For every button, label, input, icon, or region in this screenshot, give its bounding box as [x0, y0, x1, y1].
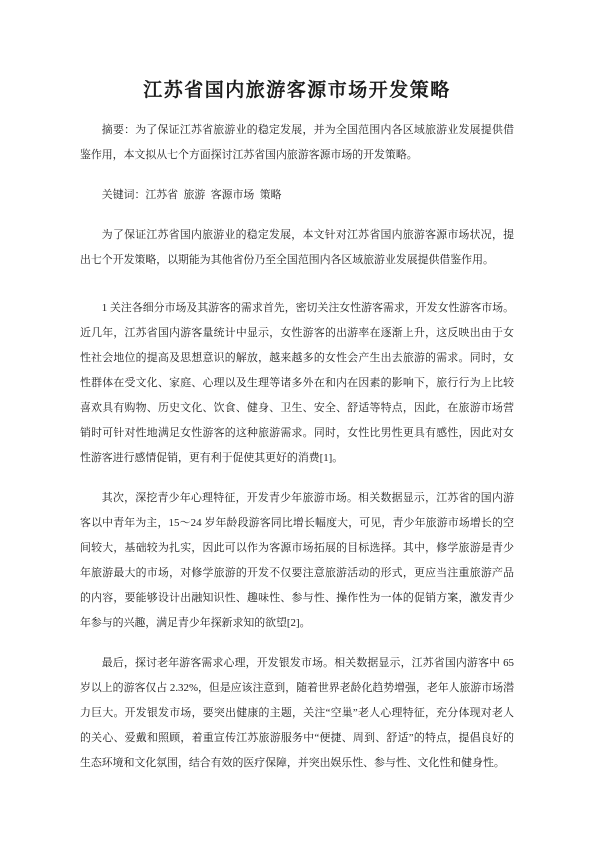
- section1-paragraph-women-market: 1 关注各细分市场及其游客的需求首先，密切关注女性游客需求，开发女性游客市场。近…: [80, 296, 514, 471]
- keywords-line: 关键词：江苏省 旅游 客源市场 策略: [80, 183, 514, 208]
- document-page: 江苏省国内旅游客源市场开发策略 摘要：为了保证江苏省旅游业的稳定发展，并为全国范…: [0, 0, 595, 842]
- abstract-paragraph: 摘要：为了保证江苏省旅游业的稳定发展，并为全国范围内各区域旅游业发展提供借鉴作用…: [80, 118, 514, 168]
- page-title: 江苏省国内旅游客源市场开发策略: [80, 78, 514, 104]
- intro-paragraph: 为了保证江苏省国内旅游业的稳定发展，本文针对江苏省国内旅游客源市场状况，提出七个…: [80, 223, 514, 273]
- section1-paragraph-youth-market: 其次，深挖青少年心理特征，开发青少年旅游市场。相关数据显示，江苏省的国内游客以中…: [80, 486, 514, 636]
- section1-paragraph-senior-market: 最后，探讨老年游客需求心理，开发银发市场。相关数据显示，江苏省国内游客中 65 …: [80, 651, 514, 776]
